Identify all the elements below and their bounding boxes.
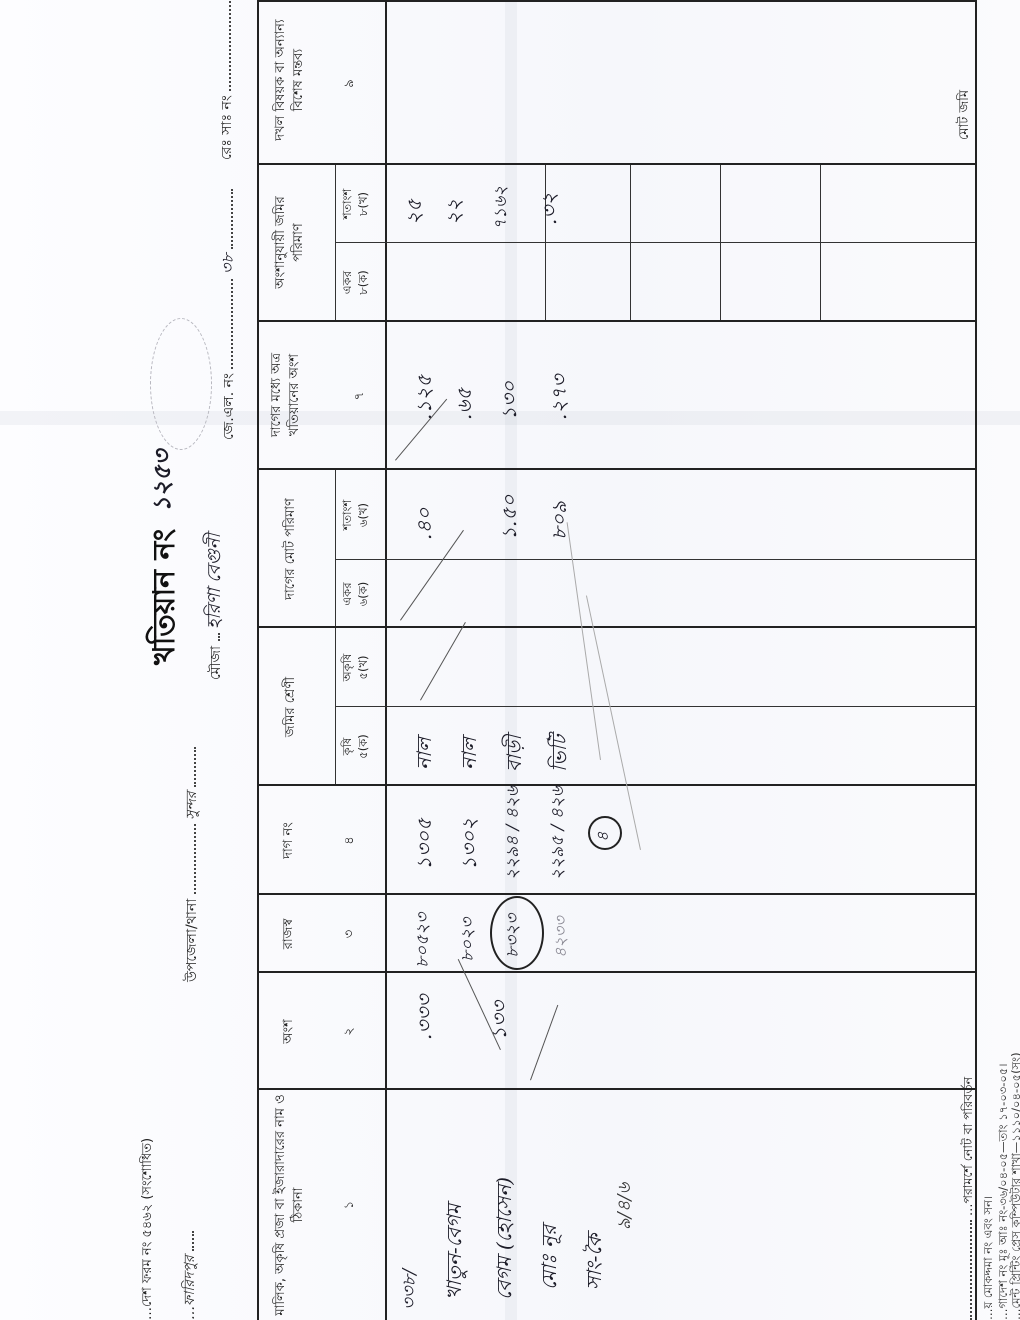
- circled-number: ৪: [590, 832, 617, 842]
- row-divider: [630, 165, 631, 322]
- jl-label: জে.এল. নং: [221, 373, 237, 440]
- dag-share-entry: .৬৫: [450, 388, 483, 420]
- remarks-field: …পরামর্শে নোট বা পরিবর্তন: [960, 1077, 980, 1320]
- total-shotangsho-entry: ৮০৯: [545, 501, 578, 540]
- colnum-possession: ৯: [340, 2, 361, 165]
- dag-entry: ২২৯৪ / ৪২৬: [500, 786, 528, 880]
- row-divider: [720, 165, 721, 322]
- subheader-divider-land-class: [335, 628, 336, 786]
- dag-share-entry: .২৭৩: [545, 375, 578, 420]
- dag-share-entry: .১২৫: [410, 375, 443, 420]
- krishi-entry: বাড়ী: [500, 735, 533, 772]
- colnum-dag-share: ৭: [350, 322, 371, 470]
- subheader-divider-total: [335, 470, 336, 628]
- area-shotangsho-entry: ২২: [440, 199, 473, 225]
- owner-entry: বেগম (হোসেন): [490, 1177, 523, 1300]
- owner-entry: সাং-কৈ: [580, 1234, 613, 1290]
- mouza-value: হরিণা বেগুনী: [204, 534, 225, 630]
- share-entry: .৩৩৩: [410, 995, 443, 1040]
- header-dag-total: দাগের মোট পরিমাণ: [282, 470, 300, 628]
- krishi-entry: নাল: [455, 737, 488, 770]
- dag-share-entry: ১৩০: [495, 381, 528, 420]
- colnum-total-shotangsho: ৬(খ): [356, 470, 372, 560]
- header-area-acre-label: একর: [340, 243, 356, 322]
- col-divider-owner-share: [257, 1088, 975, 1090]
- subheader-divider-area: [335, 165, 336, 322]
- dag-entry: ১৩০৫: [410, 818, 443, 870]
- header-share-area: অংশানুযায়ী জমির পরিমাণ: [272, 175, 307, 310]
- header-dag-no: দাগ নং: [280, 786, 298, 895]
- share-entry: ১৩৩: [485, 1001, 518, 1040]
- col-divider-area-acre-shotangsho: [335, 242, 975, 243]
- cancel-stroke: [400, 530, 464, 621]
- colnum-share: ২: [340, 973, 361, 1090]
- header-land-class: জমির শ্রেণী: [282, 628, 300, 786]
- colnum-area-acre: ৮(ক): [356, 243, 372, 322]
- owner-signature: ৯/৪/৬: [610, 1183, 641, 1230]
- header-area-shotangsho: শতাংশ ৮(খ): [340, 165, 371, 243]
- jl-field: জে.এল. নং ৩৮: [215, 189, 242, 440]
- revenue-entry: ৪২৩৩: [548, 916, 575, 958]
- district-field: …ফারিদপুর: [178, 1231, 202, 1320]
- table-top-border: [257, 0, 259, 1320]
- dag-entry: ১৩০২: [455, 818, 488, 870]
- header-krishi: কৃষি ৫(ক): [340, 707, 371, 786]
- header-revenue: রাজস্ব: [280, 895, 298, 973]
- area-shotangsho-entry: ২৫: [400, 199, 433, 225]
- rs-label: রেঃ সাঃ নং: [219, 95, 235, 160]
- header-akrishi-label: অকৃষি: [340, 628, 356, 707]
- footer-line: …মেন্ট প্রিন্টিং প্রেস কম্পিউটার শাখা—১১…: [1008, 1052, 1020, 1320]
- header-total-acre-label: একর: [340, 560, 356, 628]
- colnum-area-shotangsho: ৮(খ): [356, 165, 372, 243]
- khatian-no-value: ১২৫৩: [147, 450, 176, 512]
- khatian-title: খতিয়ান নং: [147, 529, 182, 665]
- header-dag-share: দাগের মধ্যে অত্র খতিয়ানের অংশ: [268, 340, 303, 450]
- dag-entry: ২২৯৫ / ৪২৬: [545, 786, 573, 880]
- col-divider-krishi-akrishi: [335, 706, 975, 707]
- header-total-shotangsho-label: শতাংশ: [340, 470, 356, 560]
- header-area-shotangsho-label: শতাংশ: [340, 165, 356, 243]
- colnum-krishi: ৫(ক): [356, 707, 372, 786]
- district-value: …ফারিদপুর: [182, 1255, 198, 1320]
- colnum-total-acre: ৬(ক): [356, 560, 372, 628]
- area-shotangsho-entry: ৭১৬২: [488, 186, 516, 230]
- colnum-revenue: ৩: [340, 895, 361, 973]
- header-possession: দখল বিষয়ক বা অন্যান্য বিশেষ মন্তব্য: [272, 5, 307, 155]
- table-right-border: [257, 0, 975, 2]
- row-divider: [820, 165, 821, 322]
- owner-entry-prefix: ৩৩৮/: [395, 1269, 426, 1310]
- mouza-field: মৌজা হরিণা বেগুনী: [200, 534, 231, 680]
- upazila-value: সুন্দর: [184, 792, 200, 820]
- upazila-field: উপজেলা/থানা সুন্দর: [180, 747, 204, 982]
- rs-field: রেঃ সাঃ নং: [215, 1, 239, 160]
- khatian-document: …দেশ ফরম নং ৫৪৬২ (সংশোধিত) …ফারিদপুর উপজ…: [0, 0, 1020, 1320]
- office-stamp: [150, 318, 212, 450]
- header-bottom-border: [385, 0, 387, 1320]
- revenue-entry: ৮০৫২৩: [410, 913, 438, 968]
- page-title: খতিয়ান নং ১২৫৩: [140, 456, 191, 665]
- header-krishi-label: কৃষি: [340, 707, 356, 786]
- col-divider-share-revenue: [257, 971, 975, 973]
- row-divider: [545, 165, 546, 322]
- cancel-stroke: [420, 622, 466, 700]
- total-shotangsho-entry: .৪০: [410, 508, 443, 540]
- revenue-entry-circled: ৮৩২৩: [500, 914, 528, 958]
- upazila-label: উপজেলা/থানা: [184, 899, 200, 982]
- header-share: অংশ: [280, 973, 298, 1090]
- area-shotangsho-entry: .৩২: [535, 193, 568, 225]
- colnum-dag-no: ৪: [340, 786, 361, 895]
- revenue-entry: ৮০২৩: [455, 918, 483, 962]
- owner-entry: মোঃ নূর: [535, 1225, 568, 1290]
- header-owner: মালিক, অকৃষি প্রজা বা ইজারাদারের নাম ও ঠ…: [272, 1090, 307, 1320]
- jl-value: ৩৮: [218, 253, 237, 274]
- col-divider-revenue-dag: [257, 893, 975, 895]
- owner-entry: খাতুন-বেগম: [440, 1204, 473, 1300]
- krishi-entry: ভিটি: [545, 735, 578, 772]
- mouza-label: মৌজা: [208, 646, 224, 680]
- cancel-stroke: [530, 1005, 558, 1081]
- col-divider-acre-shotangsho: [335, 559, 975, 560]
- colnum-owner: ১: [340, 1090, 361, 1320]
- remarks-label: …পরামর্শে নোট বা পরিবর্তন: [960, 1077, 975, 1216]
- total-shotangsho-entry: ১.৫০: [495, 495, 528, 540]
- header-total-acre: একর ৬(ক): [340, 560, 371, 628]
- total-land-label: মোট জমি: [955, 90, 976, 140]
- header-area-acre: একর ৮(ক): [340, 243, 371, 322]
- header-akrishi: অকৃষি ৫(খ): [340, 628, 371, 707]
- colnum-akrishi: ৫(খ): [356, 628, 372, 707]
- form-reference: …দেশ ফরম নং ৫৪৬২ (সংশোধিত): [138, 1138, 159, 1320]
- krishi-entry: নাল: [410, 737, 443, 770]
- header-total-shotangsho: শতাংশ ৬(খ): [340, 470, 371, 560]
